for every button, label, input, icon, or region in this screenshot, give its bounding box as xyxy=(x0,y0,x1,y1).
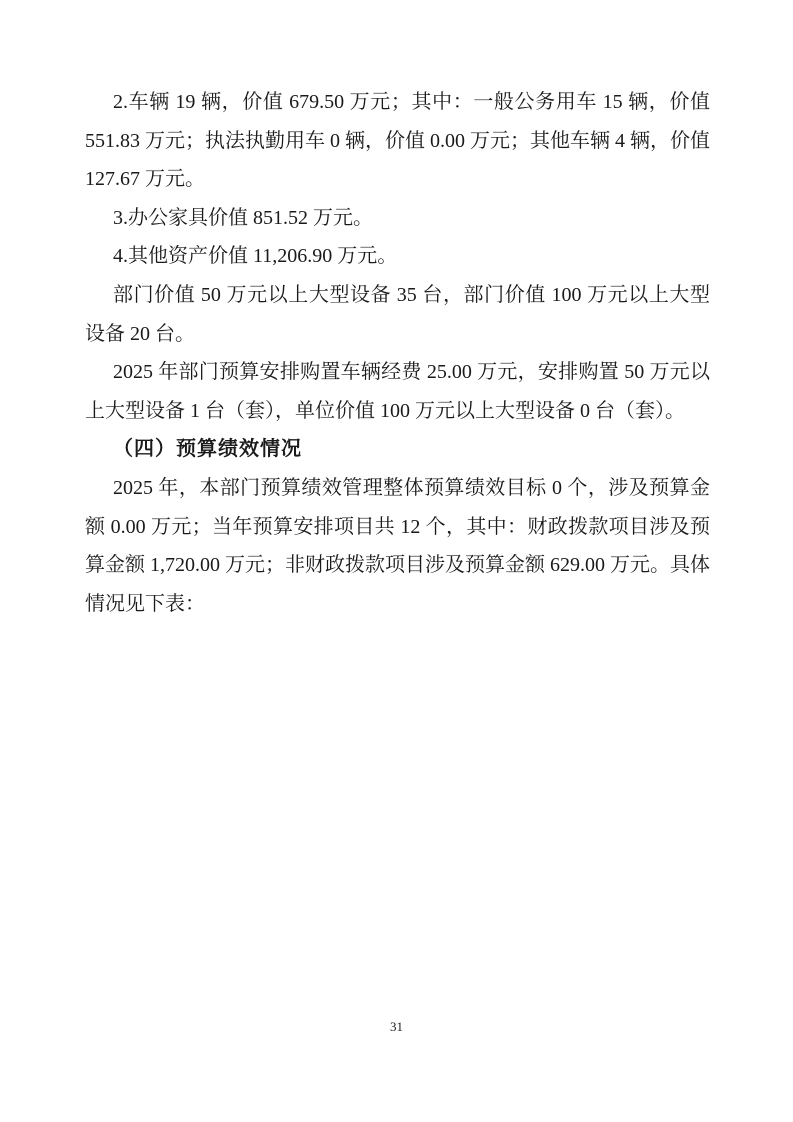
paragraph-budget-performance-summary: 2025 年，本部门预算绩效管理整体预算绩效目标 0 个，涉及预算金额 0.00… xyxy=(85,469,710,623)
section-heading-budget-performance: （四）预算绩效情况 xyxy=(85,430,710,469)
document-page: 2.车辆 19 辆，价值 679.50 万元；其中：一般公务用车 15 辆，价值… xyxy=(0,0,793,1122)
page-number: 31 xyxy=(0,1020,793,1034)
paragraph-2025-procurement-plan: 2025 年部门预算安排购置车辆经费 25.00 万元，安排购置 50 万元以上… xyxy=(85,353,710,430)
paragraph-large-equipment-counts: 部门价值 50 万元以上大型设备 35 台，部门价值 100 万元以上大型设备 … xyxy=(85,276,710,353)
paragraph-other-assets: 4.其他资产价值 11,206.90 万元。 xyxy=(85,237,710,276)
paragraph-office-furniture: 3.办公家具价值 851.52 万元。 xyxy=(85,199,710,238)
document-body: 2.车辆 19 辆，价值 679.50 万元；其中：一般公务用车 15 辆，价值… xyxy=(85,83,710,623)
paragraph-vehicle-assets: 2.车辆 19 辆，价值 679.50 万元；其中：一般公务用车 15 辆，价值… xyxy=(85,83,710,199)
